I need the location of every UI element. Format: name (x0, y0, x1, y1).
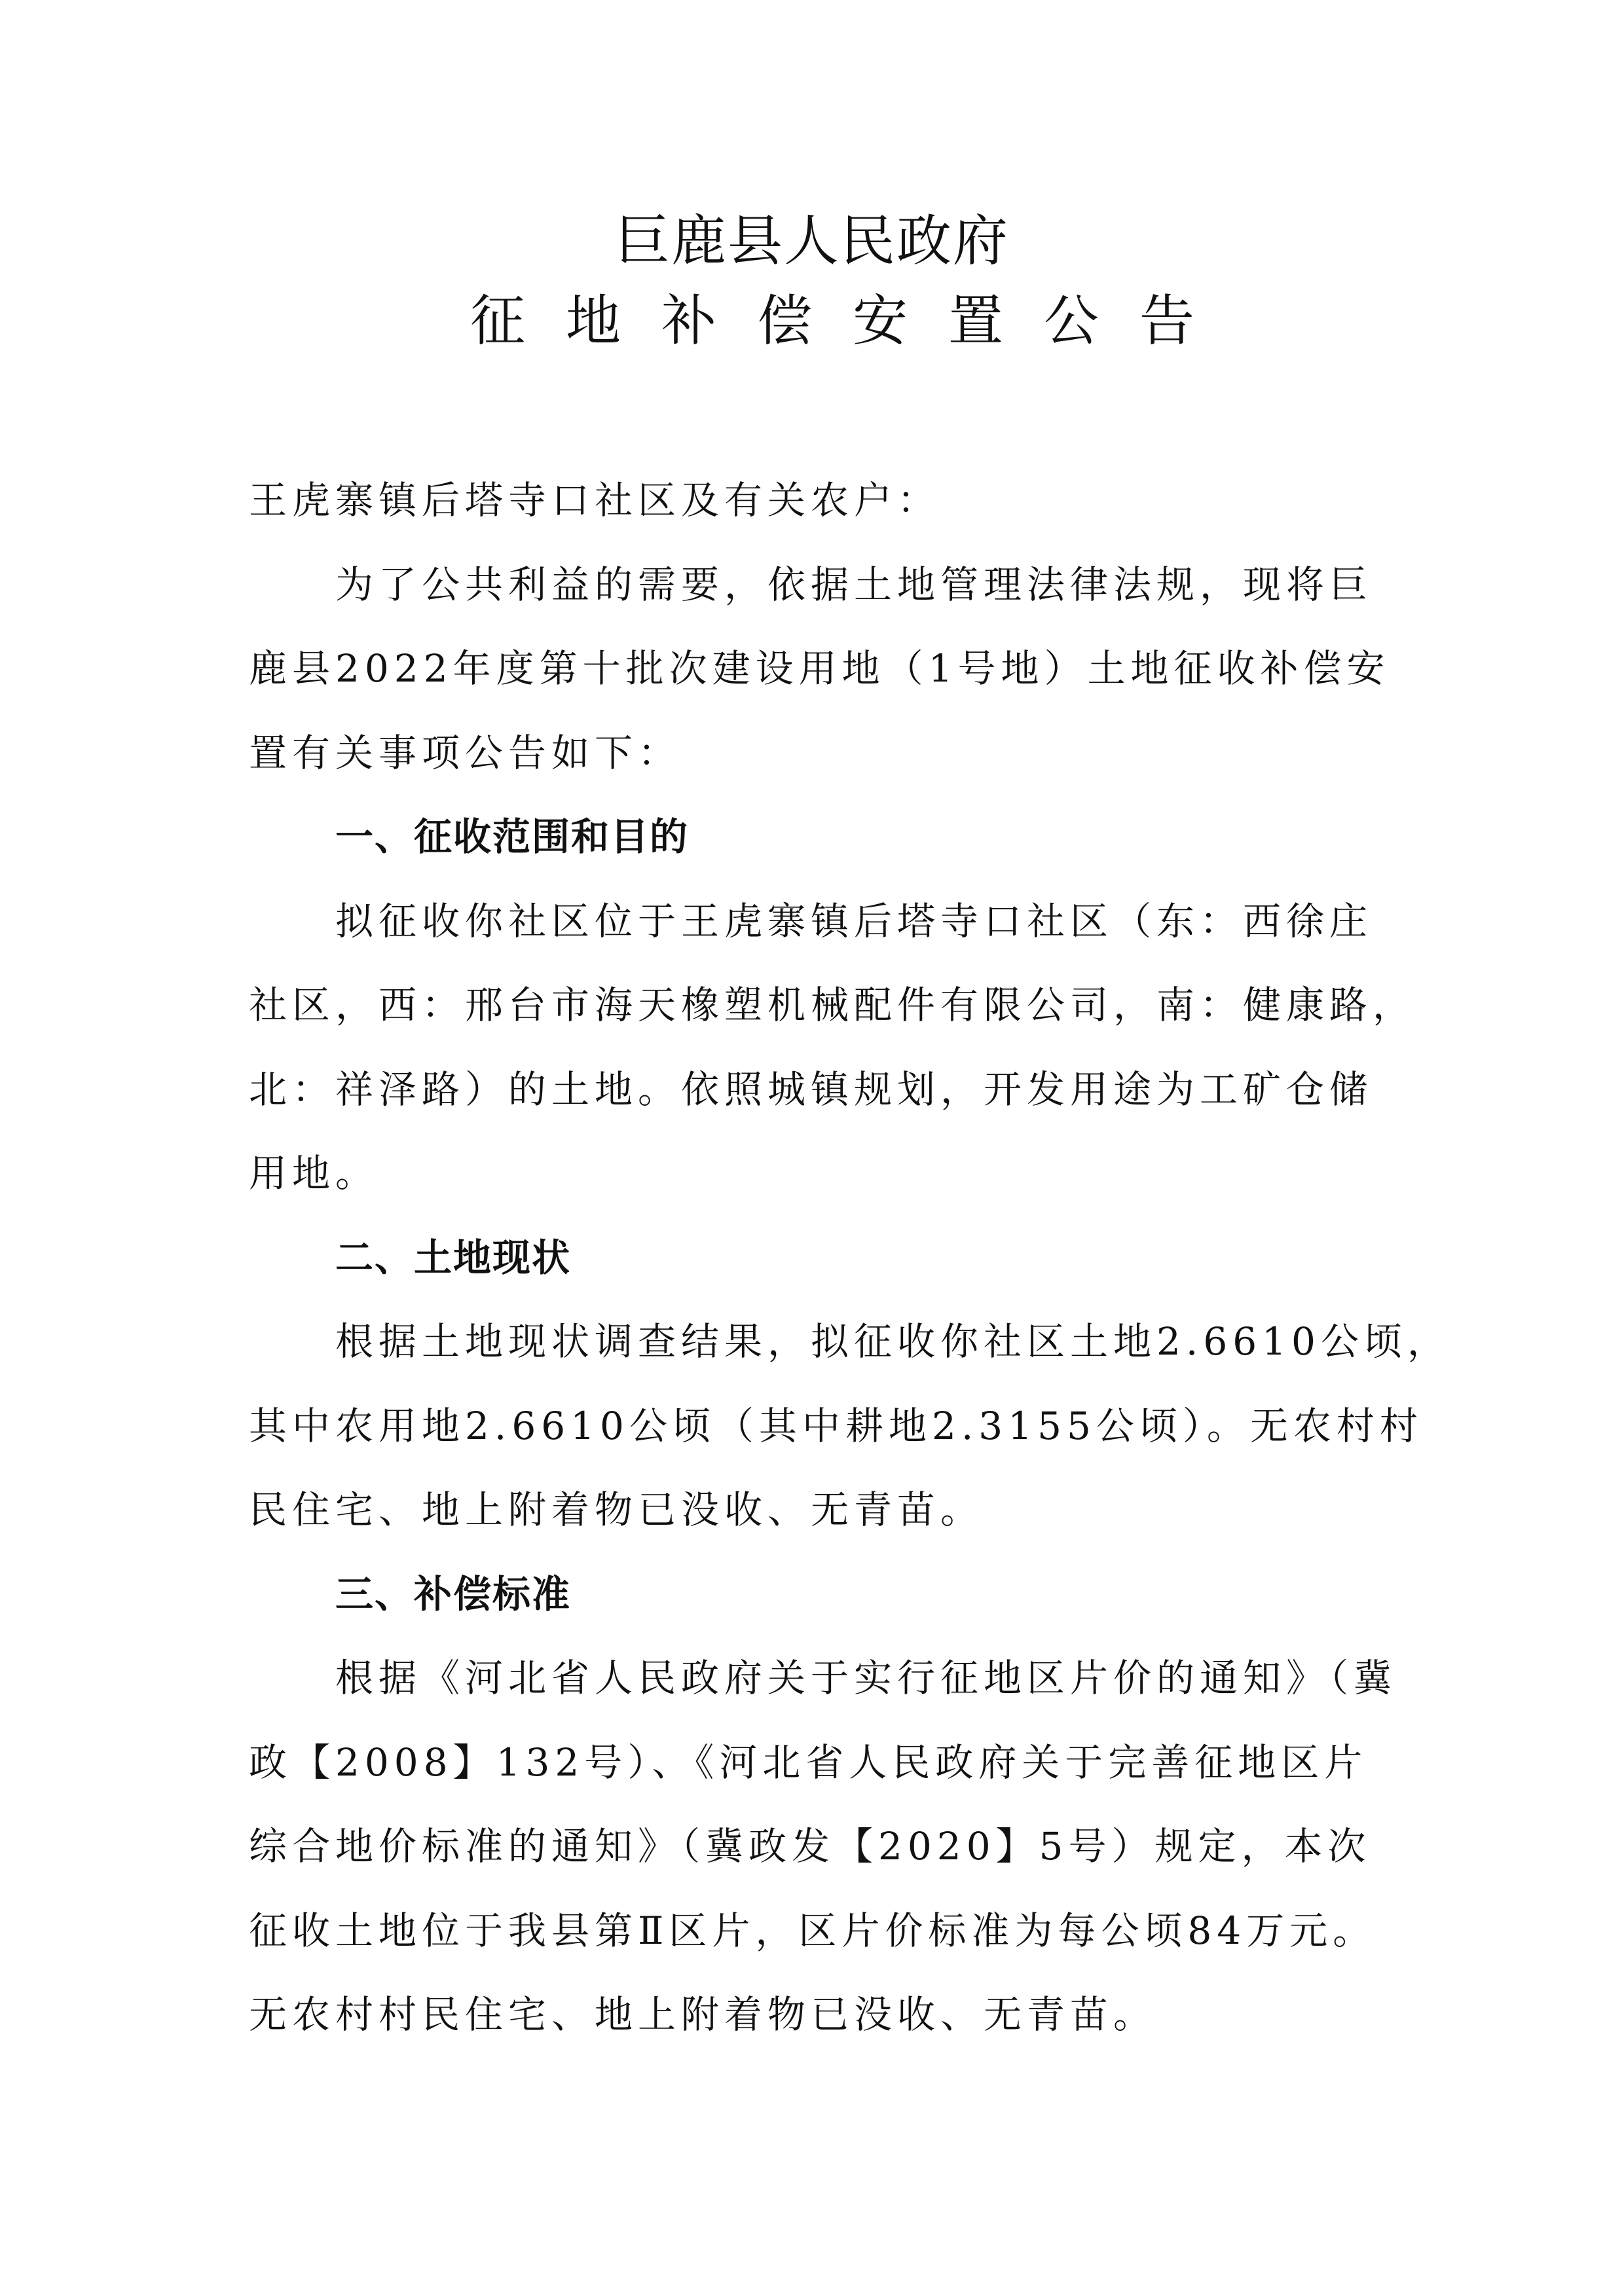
intro-line: 置有关事项公告如下： (249, 711, 1375, 795)
paragraph-line: 综合地价标准的通知》（冀政发【2020】5号）规定，本次 (249, 1804, 1375, 1889)
paragraph-line: 根据土地现状调查结果，拟征收你社区土地2.6610公顷， (249, 1300, 1375, 1384)
paragraph-line: 其中农用地2.6610公顷（其中耕地2.3155公顷）。无农村村 (249, 1384, 1375, 1468)
paragraph-line: 社区，西：邢台市海天橡塑机械配件有限公司，南：健康路， (249, 963, 1375, 1048)
paragraph-line: 民住宅、地上附着物已没收、无青苗。 (249, 1468, 1375, 1552)
document-body: 王虎寨镇后塔寺口社区及有关农户： 为了公共利益的需要，依据土地管理法律法规，现将… (249, 458, 1375, 2057)
section-heading-status: 二、土地现状 (249, 1216, 1375, 1300)
paragraph-line: 北：祥泽路）的土地。依照城镇规划，开发用途为工矿仓储 (249, 1048, 1375, 1132)
paragraph-line: 根据《河北省人民政府关于实行征地区片价的通知》（冀 (249, 1636, 1375, 1721)
paragraph-line: 政【2008】132号）、《河北省人民政府关于完善征地区片 (249, 1721, 1375, 1805)
addressee: 王虎寨镇后塔寺口社区及有关农户： (249, 458, 1375, 543)
notice-title: 征地补偿安置公告 (0, 288, 1624, 354)
document-page: 巨鹿县人民政府 征地补偿安置公告 王虎寨镇后塔寺口社区及有关农户： 为了公共利益… (0, 0, 1624, 2296)
paragraph-line: 拟征收你社区位于王虎寨镇后塔寺口社区（东：西徐庄 (249, 879, 1375, 964)
paragraph-line: 征收土地位于我县第Ⅱ区片，区片价标准为每公顷84万元。 (249, 1889, 1375, 1973)
intro-line: 鹿县2022年度第十批次建设用地（1号地）土地征收补偿安 (249, 627, 1375, 711)
intro-line: 为了公共利益的需要，依据土地管理法律法规，现将巨 (249, 543, 1375, 627)
issuer-title: 巨鹿县人民政府 (0, 208, 1624, 274)
section-heading-scope: 一、征收范围和目的 (249, 795, 1375, 879)
paragraph-line: 用地。 (249, 1131, 1375, 1216)
section-heading-standard: 三、补偿标准 (249, 1552, 1375, 1637)
paragraph-line: 无农村村民住宅、地上附着物已没收、无青苗。 (249, 1973, 1375, 2057)
